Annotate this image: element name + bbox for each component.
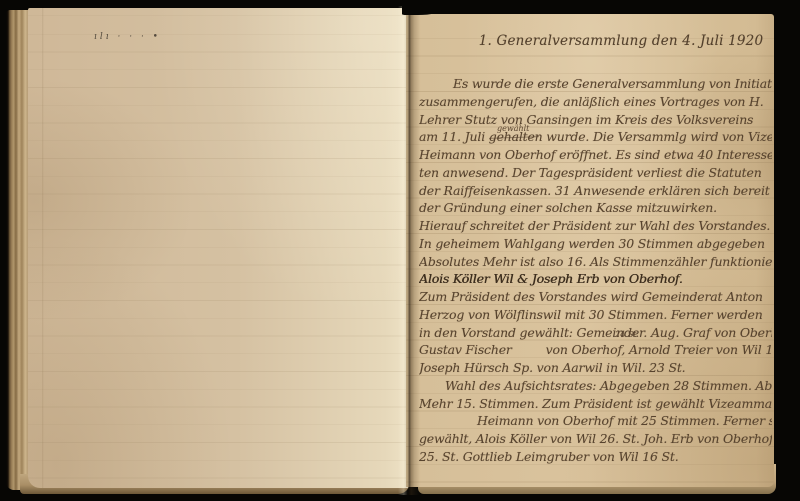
manuscript-line: Heimann von Oberhof eröffnet. Es sind et… <box>419 146 772 164</box>
manuscript-line: Alois Köller Wil & Joseph Erb von Oberho… <box>419 270 772 288</box>
pencil-marks: ılı · · · • <box>94 32 161 42</box>
manuscript-line: Mehr 15. Stimmen. Zum Präsident ist gewä… <box>419 395 772 413</box>
manuscript-line: ten anwesend. Der Tagespräsident verlies… <box>419 164 772 182</box>
manuscript-line: 25. St. Gottlieb Leimgruber von Wil 16 S… <box>419 448 772 466</box>
manuscript-line: Es wurde die erste Generalversammlung vo… <box>419 75 772 93</box>
manuscript-line: am 11. Juli gehalten wurde. Die Versamml… <box>419 128 772 146</box>
manuscript-line: zusammengerufen, die anläßlich eines Vor… <box>419 93 772 111</box>
page-title: 1. Generalversammlung den 4. Juli 1920 <box>476 33 766 49</box>
page-crease <box>42 8 44 488</box>
manuscript-line: der Gründung einer solchen Kasse mitzuwi… <box>419 199 772 217</box>
manuscript-line: der Raiffeisenkassen. 31 Anwesende erklä… <box>419 182 772 200</box>
manuscript-line: Hierauf schreitet der Präsident zur Wahl… <box>419 217 772 235</box>
manuscript-line: Gustav Fischer von Oberhof, Arnold Treie… <box>419 341 772 359</box>
manuscript-line: Lehrer Stutz von Gansingen im Kreis des … <box>419 111 772 129</box>
right-page: 1. Generalversammlung den 4. Juli 1920 E… <box>406 14 774 487</box>
manuscript-line: Zum Präsident des Vorstandes wird Gemein… <box>419 288 772 306</box>
left-page: ılı · · · • <box>28 8 408 488</box>
manuscript-line: Heimann von Oberhof mit 25 Stimmen. Fern… <box>419 412 772 430</box>
manuscript-line: Wahl des Aufsichtsrates: Abgegeben 28 St… <box>419 377 772 395</box>
manuscript-line: gewählt, Alois Köller von Wil 26. St. Jo… <box>419 430 772 448</box>
manuscript-line: Herzog von Wölflinswil mit 30 Stimmen. F… <box>419 306 772 324</box>
ruled-lines-left <box>28 8 408 488</box>
inserted-word-gewaehlt: gewählt <box>497 124 529 133</box>
notebook: ılı · · · • 1. Generalversammlung den 4.… <box>6 6 774 495</box>
inserted-word-24st: 24 St. <box>615 330 639 339</box>
manuscript-line: Absolutes Mehr ist also 16. Als Stimmenz… <box>419 253 772 271</box>
photo-background: ılı · · · • 1. Generalversammlung den 4.… <box>0 0 800 501</box>
manuscript-line: In geheimem Wahlgang werden 30 Stimmen a… <box>419 235 772 253</box>
manuscript: Es wurde die erste Generalversammlung vo… <box>419 75 772 466</box>
manuscript-line: Joseph Hürsch Sp. von Aarwil in Wil. 23 … <box>419 359 772 377</box>
manuscript-line: in den Vorstand gewählt: Gemeinder. Aug.… <box>419 324 772 342</box>
